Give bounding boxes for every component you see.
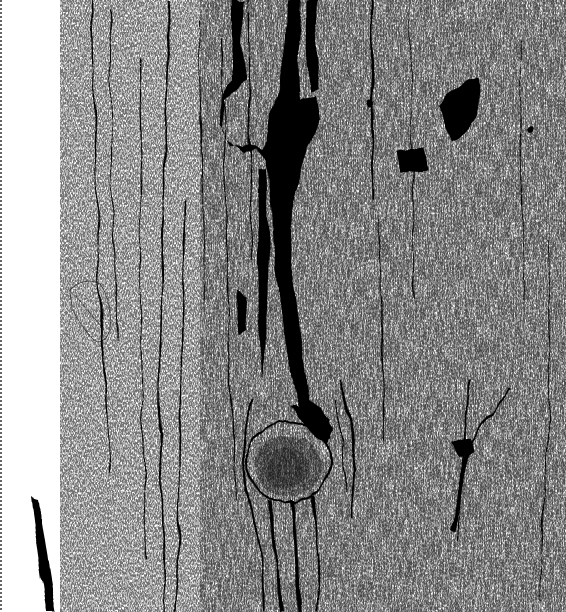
wood-texture [0,0,566,612]
grain-overlay [200,0,566,612]
diagonal-streak [30,498,56,612]
texture-canvas: Grunge wood grain texture [0,0,566,612]
